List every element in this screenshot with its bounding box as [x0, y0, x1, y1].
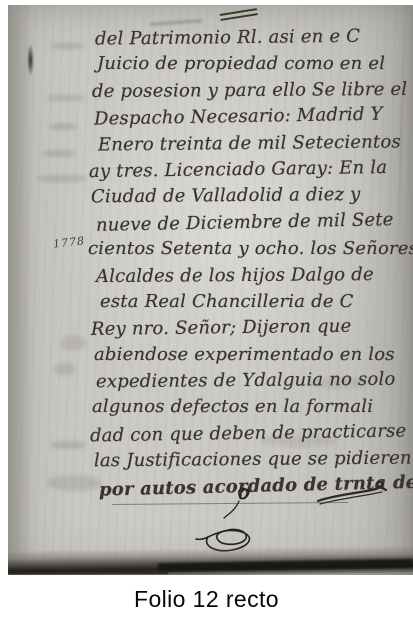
manuscript-line: Ciudad de Valladolid a diez y: [91, 184, 394, 213]
bleedthrough-smudge: [48, 123, 78, 130]
bleedthrough-smudge: [46, 95, 86, 101]
bleedthrough-smudge: [50, 43, 84, 49]
top-dash-mark: [219, 8, 258, 24]
bleedthrough-smudge: [54, 362, 76, 376]
left-margin-strip: [8, 5, 29, 575]
manuscript-line: abiendose experimentado en los: [94, 344, 394, 370]
manuscript-line: del Patrimonio Rl. asi en e C: [95, 25, 394, 55]
manuscript-photo: 1778 del Patrimonio Rl. asi en e CJuicio…: [8, 5, 413, 575]
manuscript-line: de posesion y para ello Se libre el: [92, 79, 394, 107]
end-of-text-flourish-icon: [316, 473, 390, 507]
manuscript-line: cientos Setenta y ocho. los Señores: [88, 238, 394, 264]
bleedthrough-smudge: [42, 150, 76, 157]
page-bottom-shadow: [8, 570, 168, 574]
bleedthrough-smudge: [36, 175, 88, 182]
manuscript-line: Despacho Necesario: Madrid Y: [94, 104, 394, 136]
manuscript-line: expedientes de Ydalguia no solo: [96, 369, 394, 398]
manuscript-line: nueve de Diciembre de mil Sete: [96, 209, 394, 241]
manuscript-line: algunos defectos en la formali: [92, 396, 394, 422]
manuscript-line: Enero treinta de mil Setecientos: [98, 131, 394, 160]
manuscript-line: Alcaldes de los hijos Dalgo de: [96, 263, 394, 291]
figure-caption: Folio 12 recto: [0, 586, 413, 613]
top-smudge: [150, 19, 202, 26]
manuscript-text-block: del Patrimonio Rl. asi en e CJuicio de p…: [94, 27, 394, 502]
manuscript-line: Juicio de propiedad como en el: [97, 53, 394, 79]
bleedthrough-smudge: [50, 441, 86, 449]
binding-crease-knot: [27, 43, 34, 77]
scribal-rubric-icon: [194, 485, 284, 557]
page: 1778 del Patrimonio Rl. asi en e CJuicio…: [0, 0, 413, 627]
manuscript-line: esta Real Chancilleria de C: [100, 291, 394, 317]
manuscript-line: dad con que deben de practicarse: [90, 420, 394, 451]
bleedthrough-smudge: [60, 335, 86, 351]
margin-note-year: 1778: [52, 234, 85, 250]
manuscript-line: Rey nro. Señor; Dijeron que: [91, 315, 394, 345]
manuscript-line: ay tres. Licenciado Garay: En la: [89, 157, 394, 188]
